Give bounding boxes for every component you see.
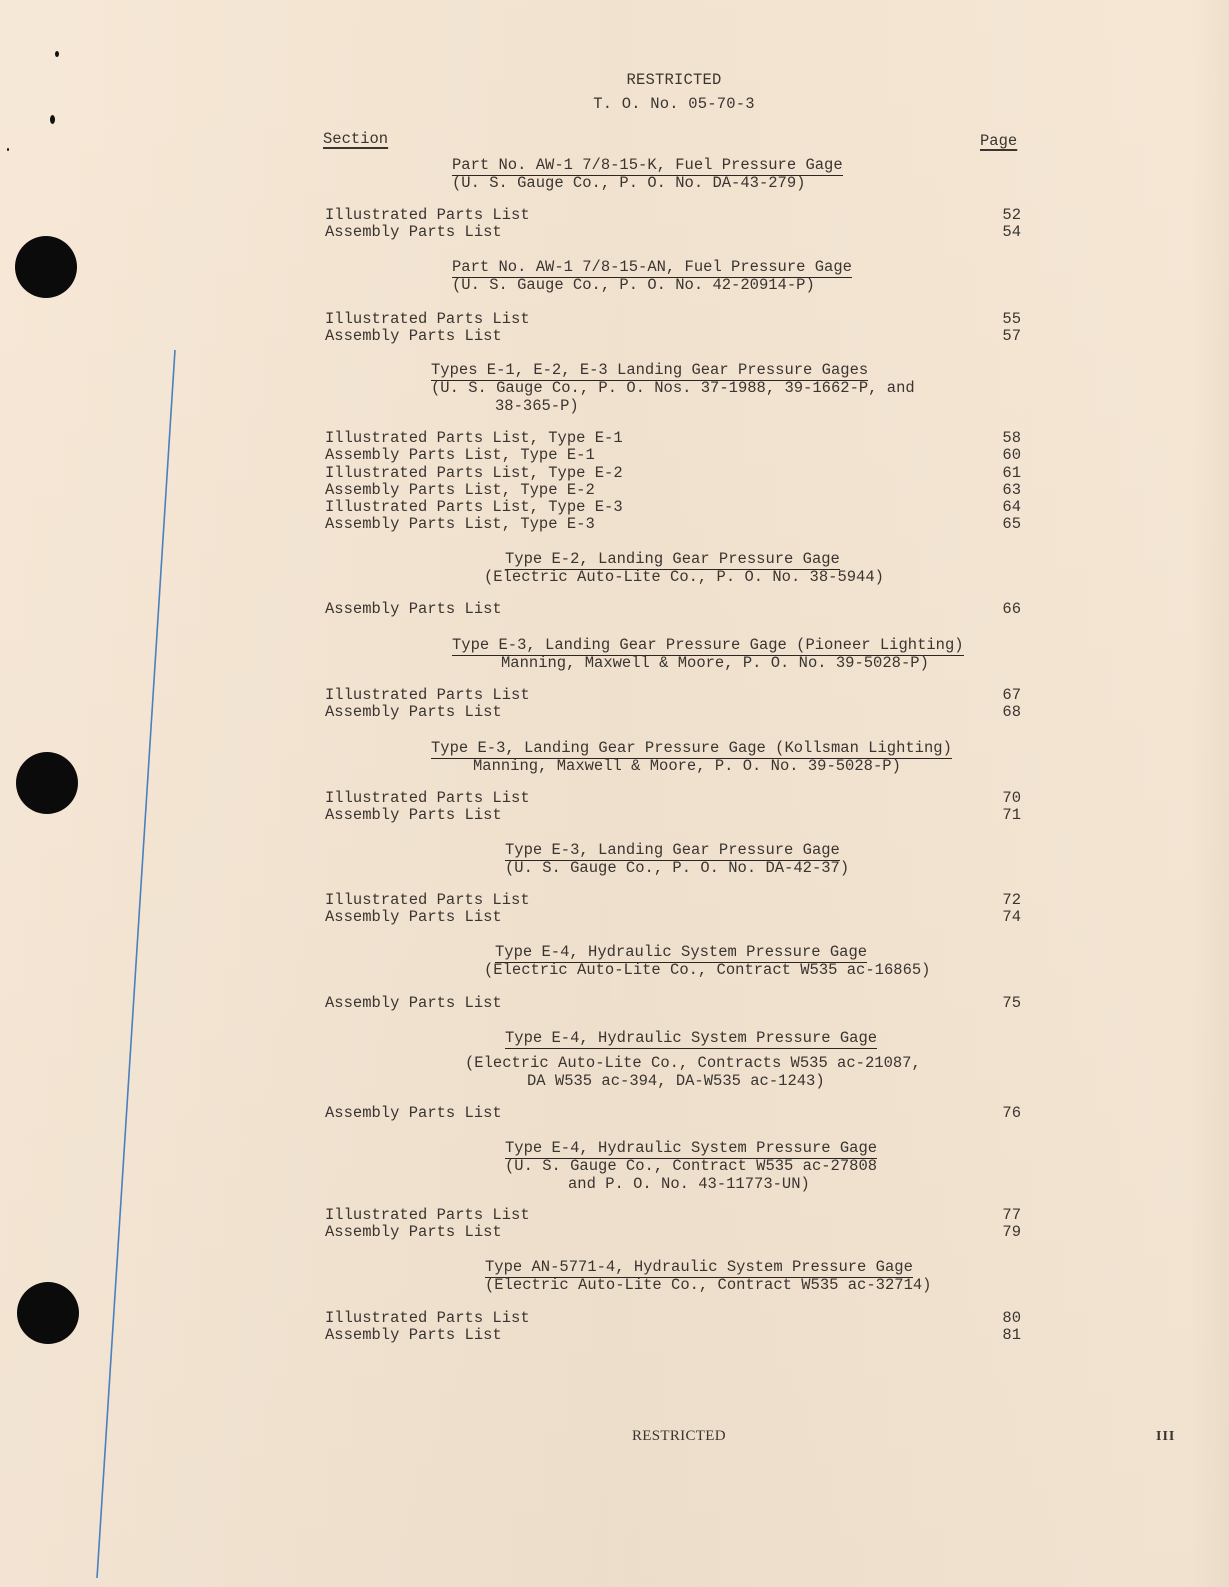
entry-page-number: 81 [1002, 1327, 1021, 1344]
entry-label: Assembly Parts List [325, 328, 502, 345]
entry-page-number: 64 [1002, 499, 1021, 516]
entry-label: Illustrated Parts List [325, 790, 530, 807]
section-heading: Types E-1, E-2, E-3 Landing Gear Pressur… [431, 362, 868, 381]
entry-label: Illustrated Parts List [325, 687, 530, 704]
entry-list: Illustrated Parts List67Assembly Parts L… [325, 687, 1021, 722]
section-title: Type E-4, Hydraulic System Pressure Gage [505, 1140, 877, 1159]
toc-entry[interactable]: Assembly Parts List75 [325, 995, 1021, 1012]
entry-list: Assembly Parts List75 [325, 995, 1021, 1012]
entry-label: Assembly Parts List [325, 807, 502, 824]
entry-page-number: 67 [1002, 687, 1021, 704]
entry-label: Illustrated Parts List [325, 207, 530, 224]
entry-label: Illustrated Parts List, Type E-1 [325, 430, 623, 447]
section-source: (U. S. Gauge Co., P. O. Nos. 37-1988, 39… [431, 380, 915, 398]
entry-page-number: 75 [1002, 995, 1021, 1012]
entry-list: Illustrated Parts List80Assembly Parts L… [325, 1310, 1021, 1345]
toc-entry[interactable]: Illustrated Parts List55 [325, 311, 1021, 328]
section-title: Type E-3, Landing Gear Pressure Gage (Ko… [431, 740, 952, 759]
section-source: and P. O. No. 43-11773-UN) [568, 1176, 810, 1194]
section-source: (Electric Auto-Lite Co., Contracts W535 … [465, 1055, 921, 1073]
toc-entry[interactable]: Illustrated Parts List70 [325, 790, 1021, 807]
entry-page-number: 54 [1002, 224, 1021, 241]
section-title: Type E-2, Landing Gear Pressure Gage [505, 551, 840, 570]
section-source: (Electric Auto-Lite Co., P. O. No. 38-59… [484, 569, 884, 587]
entry-page-number: 79 [1002, 1224, 1021, 1241]
entry-page-number: 80 [1002, 1310, 1021, 1327]
section-heading: Type E-3, Landing Gear Pressure Gage (Ko… [431, 740, 952, 759]
entry-page-number: 63 [1002, 482, 1021, 499]
entry-label: Illustrated Parts List, Type E-3 [325, 499, 623, 516]
entry-label: Assembly Parts List [325, 995, 502, 1012]
section-source: (U. S. Gauge Co., P. O. No. 42-20914-P) [452, 277, 815, 295]
entry-page-number: 52 [1002, 207, 1021, 224]
toc-entry[interactable]: Assembly Parts List81 [325, 1327, 1021, 1344]
section-source: (U. S. Gauge Co., P. O. No. DA-42-37) [505, 860, 849, 878]
toc-entry[interactable]: Assembly Parts List, Type E-160 [325, 447, 1021, 464]
section-title: Type E-4, Hydraulic System Pressure Gage [495, 944, 867, 963]
entry-list: Illustrated Parts List, Type E-158Assemb… [325, 430, 1021, 534]
entry-page-number: 70 [1002, 790, 1021, 807]
section-title: Type AN-5771-4, Hydraulic System Pressur… [485, 1259, 913, 1278]
section-heading: Type E-2, Landing Gear Pressure Gage [505, 551, 840, 570]
document-page: RESTRICTED T. O. No. 05-70-3 Section Pag… [0, 0, 1229, 1587]
entry-list: Illustrated Parts List55Assembly Parts L… [325, 311, 1021, 346]
toc-entry[interactable]: Assembly Parts List74 [325, 909, 1021, 926]
section-source: (U. S. Gauge Co., P. O. No. DA-43-279) [452, 175, 805, 193]
toc-entry[interactable]: Illustrated Parts List52 [325, 207, 1021, 224]
toc-entry[interactable]: Illustrated Parts List72 [325, 892, 1021, 909]
entry-page-number: 65 [1002, 516, 1021, 533]
entry-label: Assembly Parts List, Type E-1 [325, 447, 595, 464]
entry-list: Assembly Parts List76 [325, 1105, 1021, 1122]
entry-label: Assembly Parts List [325, 1224, 502, 1241]
entry-page-number: 71 [1002, 807, 1021, 824]
footer-classification: RESTRICTED [632, 1428, 726, 1445]
section-heading: Part No. AW-1 7/8-15-AN, Fuel Pressure G… [452, 259, 852, 278]
entry-label: Assembly Parts List, Type E-3 [325, 516, 595, 533]
entry-label: Assembly Parts List [325, 1327, 502, 1344]
entry-page-number: 55 [1002, 311, 1021, 328]
entry-list: Assembly Parts List66 [325, 601, 1021, 618]
section-source: (Electric Auto-Lite Co., Contract W535 a… [485, 1277, 931, 1295]
toc-entry[interactable]: Illustrated Parts List, Type E-158 [325, 430, 1021, 447]
toc-entry[interactable]: Assembly Parts List76 [325, 1105, 1021, 1122]
entry-page-number: 74 [1002, 909, 1021, 926]
entry-label: Illustrated Parts List [325, 1310, 530, 1327]
section-source: (U. S. Gauge Co., Contract W535 ac-27808 [505, 1158, 877, 1176]
entry-list: Illustrated Parts List70Assembly Parts L… [325, 790, 1021, 825]
toc-entry[interactable]: Assembly Parts List57 [325, 328, 1021, 345]
toc-entry[interactable]: Illustrated Parts List80 [325, 1310, 1021, 1327]
toc-entry[interactable]: Assembly Parts List71 [325, 807, 1021, 824]
section-source: Manning, Maxwell & Moore, P. O. No. 39-5… [501, 655, 929, 673]
entry-label: Illustrated Parts List, Type E-2 [325, 465, 623, 482]
toc-entry[interactable]: Illustrated Parts List, Type E-261 [325, 465, 1021, 482]
entry-list: Illustrated Parts List52Assembly Parts L… [325, 207, 1021, 242]
entry-label: Assembly Parts List [325, 704, 502, 721]
toc-entry[interactable]: Assembly Parts List, Type E-365 [325, 516, 1021, 533]
entry-label: Assembly Parts List [325, 909, 502, 926]
entry-page-number: 57 [1002, 328, 1021, 345]
entry-label: Assembly Parts List [325, 224, 502, 241]
section-title: Type E-3, Landing Gear Pressure Gage (Pi… [452, 637, 964, 656]
entry-label: Assembly Parts List, Type E-2 [325, 482, 595, 499]
entry-page-number: 66 [1002, 601, 1021, 618]
section-title: Part No. AW-1 7/8-15-AN, Fuel Pressure G… [452, 259, 852, 278]
section-title: Type E-4, Hydraulic System Pressure Gage [505, 1030, 877, 1049]
toc-entry[interactable]: Assembly Parts List68 [325, 704, 1021, 721]
header-classification: RESTRICTED [0, 71, 1229, 89]
toc-entry[interactable]: Assembly Parts List66 [325, 601, 1021, 618]
section-title: Part No. AW-1 7/8-15-K, Fuel Pressure Ga… [452, 157, 843, 176]
toc-entry[interactable]: Assembly Parts List54 [325, 224, 1021, 241]
section-title: Types E-1, E-2, E-3 Landing Gear Pressur… [431, 362, 868, 381]
section-heading: Type E-4, Hydraulic System Pressure Gage [505, 1030, 877, 1049]
section-heading: Type E-4, Hydraulic System Pressure Gage [495, 944, 867, 963]
entry-list: Illustrated Parts List77Assembly Parts L… [325, 1207, 1021, 1242]
section-heading: Type E-4, Hydraulic System Pressure Gage [505, 1140, 877, 1159]
section-heading: Type E-3, Landing Gear Pressure Gage [505, 842, 840, 861]
toc-entry[interactable]: Illustrated Parts List77 [325, 1207, 1021, 1224]
entry-label: Assembly Parts List [325, 601, 502, 618]
entry-label: Assembly Parts List [325, 1105, 502, 1122]
entry-page-number: 68 [1002, 704, 1021, 721]
section-source: (Electric Auto-Lite Co., Contract W535 a… [484, 962, 930, 980]
toc-entry[interactable]: Illustrated Parts List67 [325, 687, 1021, 704]
section-title: Type E-3, Landing Gear Pressure Gage [505, 842, 840, 861]
entry-page-number: 76 [1002, 1105, 1021, 1122]
toc-entry[interactable]: Illustrated Parts List, Type E-364 [325, 499, 1021, 516]
entry-label: Illustrated Parts List [325, 892, 530, 909]
entry-label: Illustrated Parts List [325, 311, 530, 328]
entry-page-number: 58 [1002, 430, 1021, 447]
page-column-label: Page [980, 132, 1017, 150]
toc-entry[interactable]: Assembly Parts List79 [325, 1224, 1021, 1241]
entry-list: Illustrated Parts List72Assembly Parts L… [325, 892, 1021, 927]
section-source: Manning, Maxwell & Moore, P. O. No. 39-5… [473, 758, 901, 776]
section-heading: Type AN-5771-4, Hydraulic System Pressur… [485, 1259, 913, 1278]
header-document-number: T. O. No. 05-70-3 [0, 95, 1229, 113]
page-number: III [1156, 1429, 1175, 1445]
entry-page-number: 61 [1002, 465, 1021, 482]
section-source: DA W535 ac-394, DA-W535 ac-1243) [527, 1073, 825, 1091]
section-column-label: Section [323, 130, 388, 148]
toc-entry[interactable]: Assembly Parts List, Type E-263 [325, 482, 1021, 499]
entry-page-number: 72 [1002, 892, 1021, 909]
entry-page-number: 60 [1002, 447, 1021, 464]
entry-page-number: 77 [1002, 1207, 1021, 1224]
section-heading: Part No. AW-1 7/8-15-K, Fuel Pressure Ga… [452, 157, 843, 176]
section-heading: Type E-3, Landing Gear Pressure Gage (Pi… [452, 637, 964, 656]
section-source: 38-365-P) [495, 398, 579, 416]
entry-label: Illustrated Parts List [325, 1207, 530, 1224]
